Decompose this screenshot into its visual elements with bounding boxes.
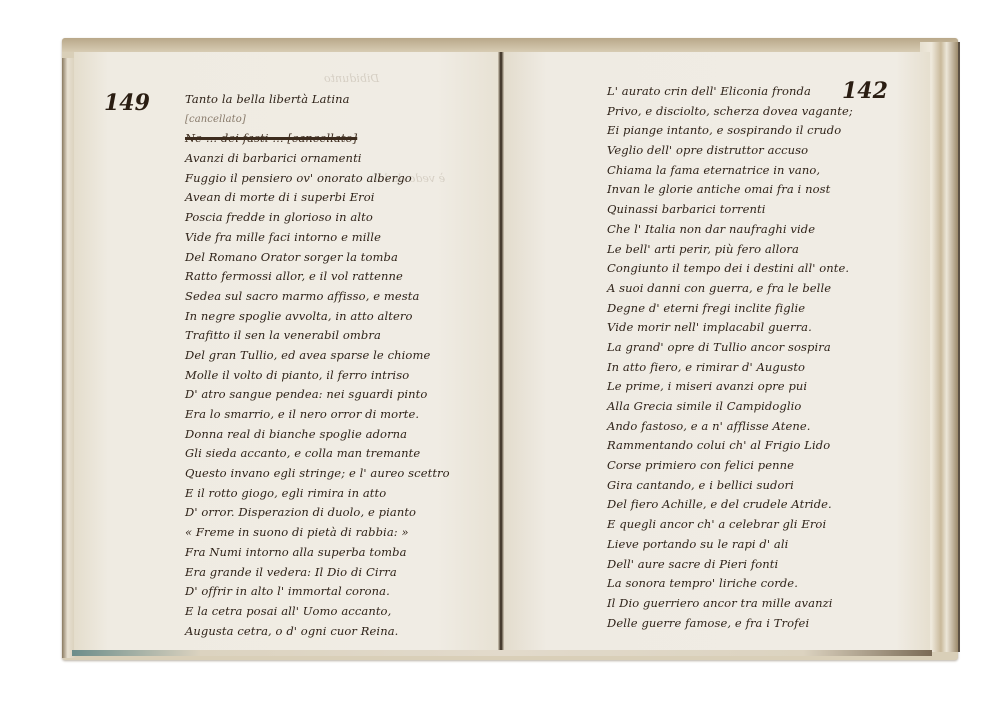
verse-line: Era grande il vedera: Il Dio di Cirra xyxy=(185,563,450,583)
verse-line: Quinassi barbarici torrenti xyxy=(607,200,853,220)
open-manuscript-book: Dibidunto è vedo da lui 149 142 Tanto la… xyxy=(62,38,960,664)
verse-line: Fuggio il pensiero ov' onorato albergo xyxy=(185,169,450,189)
verse-line: A suoi danni con guerra, e fra le belle xyxy=(607,279,853,299)
verse-line: [cancellato] xyxy=(185,110,450,130)
verse-line: Augusta cetra, o d' ogni cuor Reina. xyxy=(185,622,450,642)
verse-line: Alla Grecia simile il Campidoglio xyxy=(607,397,853,417)
left-page-text: Tanto la bella libertà Latina[cancellato… xyxy=(185,90,450,641)
verse-line: Molle il volto di pianto, il ferro intri… xyxy=(185,366,450,386)
verse-line: Sedea sul sacro marmo affisso, e mesta xyxy=(185,287,450,307)
verse-line: Gira cantando, e i bellici sudori xyxy=(607,476,853,496)
verse-line: Congiunto il tempo dei i destini all' on… xyxy=(607,259,853,279)
verse-line: Chiama la fama eternatrice in vano, xyxy=(607,161,853,181)
verse-line: E il rotto giogo, egli rimira in atto xyxy=(185,484,450,504)
verse-line: Il Dio guerriero ancor tra mille avanzi xyxy=(607,594,853,614)
verse-line: Gli sieda accanto, e colla man tremante xyxy=(185,444,450,464)
verse-line: L' aurato crin dell' Eliconia fronda xyxy=(607,82,853,102)
verse-line: D' atro sangue pendea: nei sguardi pinto xyxy=(185,385,450,405)
verse-line: La grand' opre di Tullio ancor sospira xyxy=(607,338,853,358)
verse-line: Le bell' arti perir, più fero allora xyxy=(607,240,853,260)
verse-line: Ne ... dei fasti ... [cancellato] xyxy=(185,129,450,149)
verse-line: In atto fiero, e rimirar d' Augusto xyxy=(607,358,853,378)
verse-line: Vide morir nell' implacabil guerra. xyxy=(607,318,853,338)
verse-line: Veglio dell' opre distruttor accuso xyxy=(607,141,853,161)
verse-line: Del fiero Achille, e del crudele Atride. xyxy=(607,495,853,515)
verse-line: Lieve portando su le rapi d' ali xyxy=(607,535,853,555)
verse-line: E la cetra posai all' Uomo accanto, xyxy=(185,602,450,622)
ink-bleed-through: Dibidunto xyxy=(324,72,379,85)
verse-line: D' offrir in alto l' immortal corona. xyxy=(185,582,450,602)
verse-line: Ando fastoso, e a n' afflisse Atene. xyxy=(607,417,853,437)
verse-line: Trafitto il sen la venerabil ombra xyxy=(185,326,450,346)
verse-line: Ei piange intanto, e sospirando il crudo xyxy=(607,121,853,141)
verse-line: Donna real di bianche spoglie adorna xyxy=(185,425,450,445)
verse-line: Le prime, i miseri avanzi opre pui xyxy=(607,377,853,397)
verse-line: Dell' aure sacre di Pieri fonti xyxy=(607,555,853,575)
verse-line: « Freme in suono di pietà di rabbia: » xyxy=(185,523,450,543)
verse-line: Invan le glorie antiche omai fra i nost xyxy=(607,180,853,200)
verse-line: Tanto la bella libertà Latina xyxy=(185,90,450,110)
verse-line: E quegli ancor ch' a celebrar gli Eroi xyxy=(607,515,853,535)
verse-line: Corse primiero con felici penne xyxy=(607,456,853,476)
verse-line: In negre spoglie avvolta, in atto altero xyxy=(185,307,450,327)
verse-line: Rammentando colui ch' al Frigio Lido xyxy=(607,436,853,456)
verse-line: Avean di morte di i superbi Eroi xyxy=(185,188,450,208)
verse-line: Fra Numi intorno alla superba tomba xyxy=(185,543,450,563)
verse-line: La sonora tempro' liriche corde. xyxy=(607,574,853,594)
verse-line: Vide fra mille faci intorno e mille xyxy=(185,228,450,248)
verse-line: Avanzi di barbarici ornamenti xyxy=(185,149,450,169)
verse-line: Questo invano egli stringe; e l' aureo s… xyxy=(185,464,450,484)
verse-line: Che l' Italia non dar naufraghi vide xyxy=(607,220,853,240)
verse-line: Poscia fredde in glorioso in alto xyxy=(185,208,450,228)
verse-line: Delle guerre famose, e fra i Trofei xyxy=(607,614,853,634)
verse-line: Ratto fermossi allor, e il vol rattenne xyxy=(185,267,450,287)
verse-line: Degne d' eterni fregi inclite figlie xyxy=(607,299,853,319)
verse-line: Privo, e disciolto, scherza dovea vagant… xyxy=(607,102,853,122)
verse-line: Del gran Tullio, ed avea sparse le chiom… xyxy=(185,346,450,366)
book-bottom-edge xyxy=(72,650,932,656)
verse-line: D' orror. Disperazion di duolo, e pianto xyxy=(185,503,450,523)
verse-line: Del Romano Orator sorger la tomba xyxy=(185,248,450,268)
verse-line: Era lo smarrio, e il nero orror di morte… xyxy=(185,405,450,425)
left-page-number: 149 xyxy=(104,90,150,116)
right-page-text: L' aurato crin dell' Eliconia frondaPriv… xyxy=(607,82,853,633)
